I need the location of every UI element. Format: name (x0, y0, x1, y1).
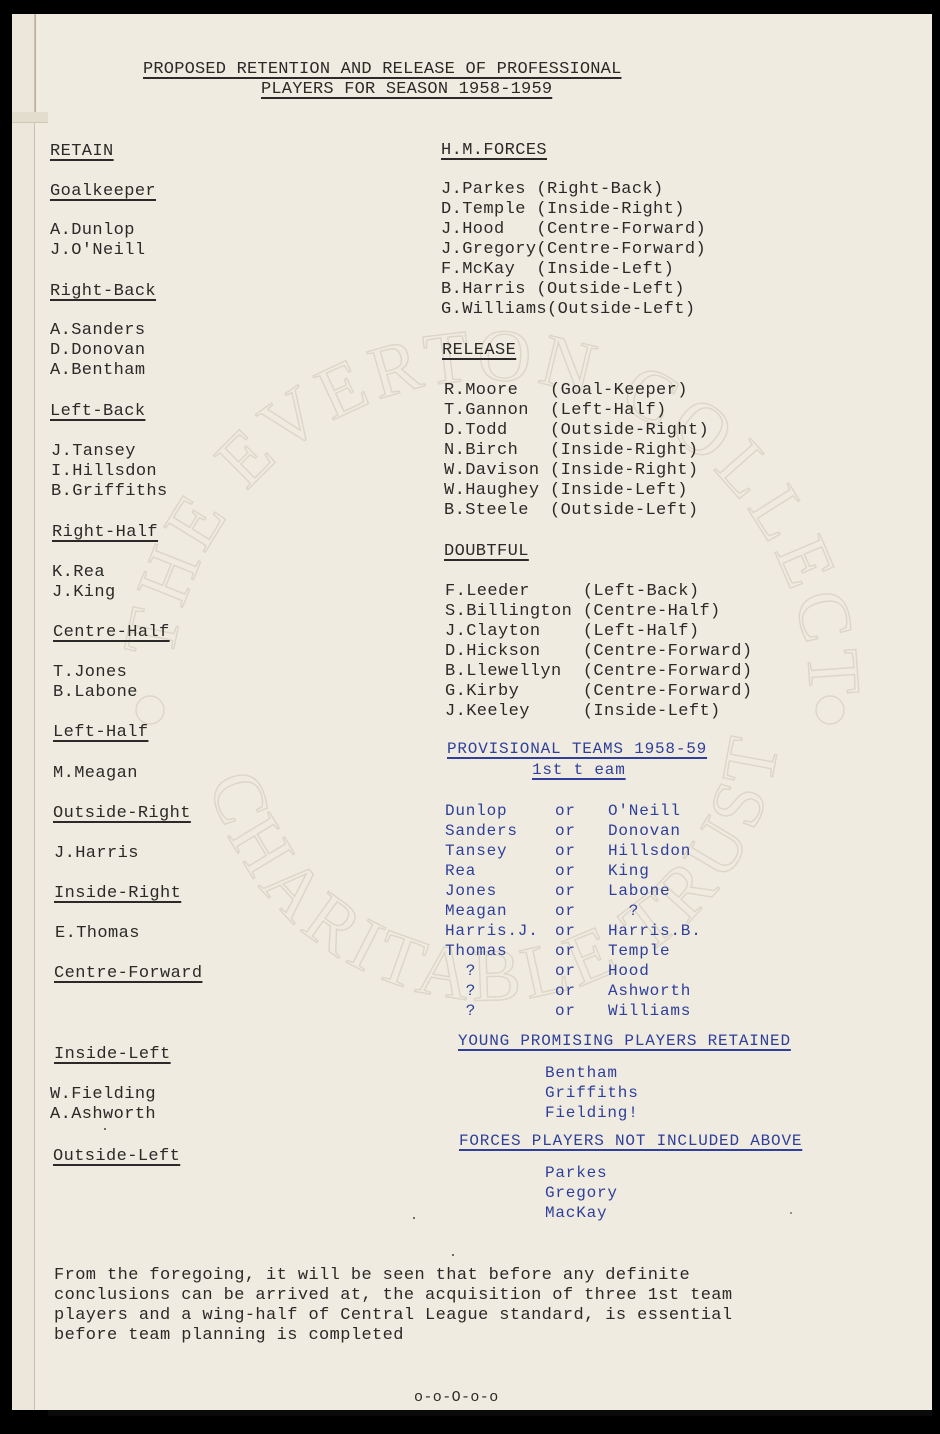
team-second-choice: King (608, 861, 650, 881)
player-name: A.Ashworth (50, 1105, 156, 1125)
team-first-choice: Harris.J. (445, 921, 539, 941)
player-name: J.Tansey (51, 442, 136, 462)
player-name: E.Thomas (55, 924, 140, 944)
doubtful-heading: DOUBTFUL (444, 542, 529, 562)
page-fold (12, 14, 36, 114)
team-second-choice: Temple (608, 941, 670, 961)
position-heading-right-back: Right-Back (50, 282, 156, 302)
team-first-choice: ? (445, 981, 476, 1001)
team-or: or (555, 961, 576, 981)
player-name: J.King (52, 583, 116, 603)
player-name: K.Rea (52, 563, 105, 583)
player-name: T.Jones (53, 663, 127, 683)
paragraph-line: conclusions can be arrived at, the acqui… (54, 1286, 733, 1306)
team-second-choice: Ashworth (608, 981, 691, 1001)
list-item: F.Leeder (Left-Back) (445, 582, 699, 602)
player-name: A.Bentham (50, 361, 145, 381)
team-second-choice: Hillsdon (608, 841, 691, 861)
position-heading-outside-left: Outside-Left (53, 1147, 180, 1167)
player-name: I.Hillsdon (51, 462, 157, 482)
player-name: B.Griffiths (51, 482, 168, 502)
list-item: G.Williams(Outside-Left) (441, 300, 695, 320)
team-first-choice: Meagan (445, 901, 507, 921)
position-heading-left-half: Left-Half (53, 723, 148, 743)
end-mark: o-o-O-o-o (414, 1388, 499, 1408)
position-heading-left-back: Left-Back (50, 402, 145, 422)
team-first-choice: Tansey (445, 841, 507, 861)
player-name: J.O'Neill (50, 241, 145, 261)
list-item: N.Birch (Inside-Right) (444, 441, 698, 461)
team-or: or (555, 841, 576, 861)
team-second-choice: ? (608, 901, 639, 921)
paragraph-line: before team planning is completed (54, 1326, 404, 1346)
list-item: F.McKay (Inside-Left) (441, 260, 674, 280)
list-item: Griffiths (545, 1083, 639, 1103)
list-item: J.Clayton (Left-Half) (445, 622, 699, 642)
title-line-1: PROPOSED RETENTION AND RELEASE OF PROFES… (143, 60, 621, 80)
team-or: or (555, 941, 576, 961)
list-item: J.Keeley (Inside-Left) (445, 702, 721, 722)
ink-speck (104, 1128, 106, 1130)
player-name: B.Labone (53, 683, 138, 703)
team-or: or (555, 1001, 576, 1021)
team-or: or (555, 901, 576, 921)
player-name: M.Meagan (53, 764, 138, 784)
ink-speck (452, 1254, 454, 1256)
position-heading-centre-half: Centre-Half (53, 623, 170, 643)
team-second-choice: Hood (608, 961, 650, 981)
page-fold-tab (12, 112, 48, 123)
team-or: or (555, 881, 576, 901)
team-second-choice: Williams (608, 1001, 691, 1021)
list-item: Fielding! (545, 1103, 639, 1123)
position-heading-goalkeeper: Goalkeeper (50, 182, 156, 202)
team-second-choice: O'Neill (608, 801, 681, 821)
player-name: A.Sanders (50, 321, 145, 341)
list-item: G.Kirby (Centre-Forward) (445, 682, 752, 702)
list-item: D.Todd (Outside-Right) (444, 421, 709, 441)
team-first-choice: Sanders (445, 821, 518, 841)
list-item: W.Davison (Inside-Right) (444, 461, 698, 481)
position-heading-inside-right: Inside-Right (54, 884, 181, 904)
list-item: S.Billington (Centre-Half) (445, 602, 721, 622)
retain-heading: RETAIN (50, 142, 114, 162)
team-first-choice: Dunlop (445, 801, 507, 821)
provisional-teams-heading: PROVISIONAL TEAMS 1958-59 (447, 739, 707, 759)
list-item: J.Parkes (Right-Back) (441, 180, 664, 200)
list-item: J.Hood (Centre-Forward) (441, 220, 706, 240)
position-heading-centre-forward: Centre-Forward (54, 964, 202, 984)
list-item: R.Moore (Goal-Keeper) (444, 381, 688, 401)
team-second-choice: Harris.B. (608, 921, 702, 941)
list-item: W.Haughey (Inside-Left) (444, 481, 688, 501)
team-or: or (555, 921, 576, 941)
team-first-choice: ? (445, 1001, 476, 1021)
list-item: Parkes (545, 1163, 607, 1183)
position-heading-right-half: Right-Half (52, 523, 158, 543)
paragraph-line: players and a wing-half of Central Leagu… (54, 1306, 733, 1326)
player-name: D.Donovan (50, 341, 145, 361)
first-team-subheading: 1st t eam (532, 760, 626, 780)
position-heading-outside-right: Outside-Right (53, 804, 191, 824)
paragraph-line: From the foregoing, it will be seen that… (54, 1266, 690, 1286)
list-item: Bentham (545, 1063, 618, 1083)
young-promising-heading: YOUNG PROMISING PLAYERS RETAINED (458, 1031, 791, 1051)
list-item: D.Temple (Inside-Right) (441, 200, 685, 220)
team-second-choice: Donovan (608, 821, 681, 841)
list-item: D.Hickson (Centre-Forward) (445, 642, 752, 662)
list-item: MacKay (545, 1203, 607, 1223)
player-name: A.Dunlop (50, 221, 135, 241)
team-first-choice: Rea (445, 861, 476, 881)
release-heading: RELEASE (442, 341, 516, 361)
list-item: T.Gannon (Left-Half) (444, 401, 667, 421)
list-item: J.Gregory(Centre-Forward) (441, 240, 706, 260)
list-item: Gregory (545, 1183, 618, 1203)
list-item: B.Harris (Outside-Left) (441, 280, 685, 300)
team-or: or (555, 801, 576, 821)
list-item: B.Steele (Outside-Left) (444, 501, 698, 521)
title-line-2: PLAYERS FOR SEASON 1958-1959 (261, 80, 552, 100)
team-or: or (555, 821, 576, 841)
team-first-choice: Jones (445, 881, 497, 901)
hm-forces-heading: H.M.FORCES (441, 141, 547, 161)
ink-speck (413, 1217, 415, 1219)
team-or: or (555, 861, 576, 881)
team-or: or (555, 981, 576, 1001)
team-second-choice: Labone (608, 881, 670, 901)
ink-speck (790, 1212, 792, 1214)
list-item: B.Llewellyn (Centre-Forward) (445, 662, 752, 682)
forces-not-included-heading: FORCES PLAYERS NOT INCLUDED ABOVE (459, 1131, 802, 1151)
team-first-choice: Thomas (445, 941, 507, 961)
team-first-choice: ? (445, 961, 476, 981)
binding-margin (12, 14, 35, 1410)
page-bottom-edge (48, 1410, 932, 1416)
player-name: W.Fielding (50, 1085, 156, 1105)
player-name: J.Harris (54, 844, 139, 864)
position-heading-inside-left: Inside-Left (54, 1045, 171, 1065)
